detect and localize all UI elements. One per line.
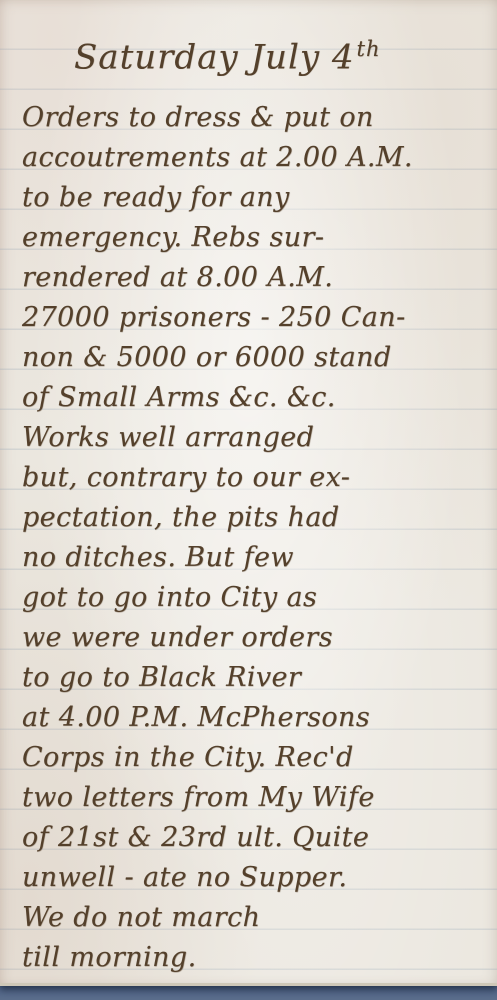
diary-line: no ditches. But few — [22, 538, 493, 578]
diary-line: unwell - ate no Supper. — [22, 858, 493, 898]
diary-line: pectation, the pits had — [22, 498, 493, 538]
diary-line: of 21st & 23rd ult. Quite — [22, 818, 493, 858]
diary-line: but, contrary to our ex- — [22, 458, 493, 498]
entry-date-text: Saturday July 4 — [74, 37, 354, 77]
diary-line: emergency. Rebs sur- — [22, 218, 493, 258]
diary-line: till morning. — [22, 938, 493, 978]
diary-line: We do not march — [22, 898, 493, 938]
diary-line: Orders to dress & put on — [22, 98, 493, 138]
diary-line: 27000 prisoners - 250 Can- — [22, 298, 493, 338]
diary-line: we were under orders — [22, 618, 493, 658]
diary-line: rendered at 8.00 A.M. — [22, 258, 493, 298]
diary-line: Works well arranged — [22, 418, 493, 458]
diary-lines: Orders to dress & put onaccoutrements at… — [22, 98, 493, 978]
diary-line: accoutrements at 2.00 A.M. — [22, 138, 493, 178]
paper-page: Saturday July 4th Orders to dress & put … — [0, 0, 497, 986]
diary-line: Corps in the City. Rec'd — [22, 738, 493, 778]
diary-page-scan: Saturday July 4th Orders to dress & put … — [0, 0, 497, 1000]
diary-line: to go to Black River — [22, 658, 493, 698]
diary-line: two letters from My Wife — [22, 778, 493, 818]
handwriting-layer: Saturday July 4th Orders to dress & put … — [0, 0, 497, 983]
entry-date-ordinal: th — [356, 36, 380, 61]
diary-line: got to go into City as — [22, 578, 493, 618]
diary-line: of Small Arms &c. &c. — [22, 378, 493, 418]
diary-line: to be ready for any — [22, 178, 493, 218]
diary-line: non & 5000 or 6000 stand — [22, 338, 493, 378]
diary-line: at 4.00 P.M. McPhersons — [22, 698, 493, 738]
entry-date-heading: Saturday July 4th — [74, 36, 497, 77]
